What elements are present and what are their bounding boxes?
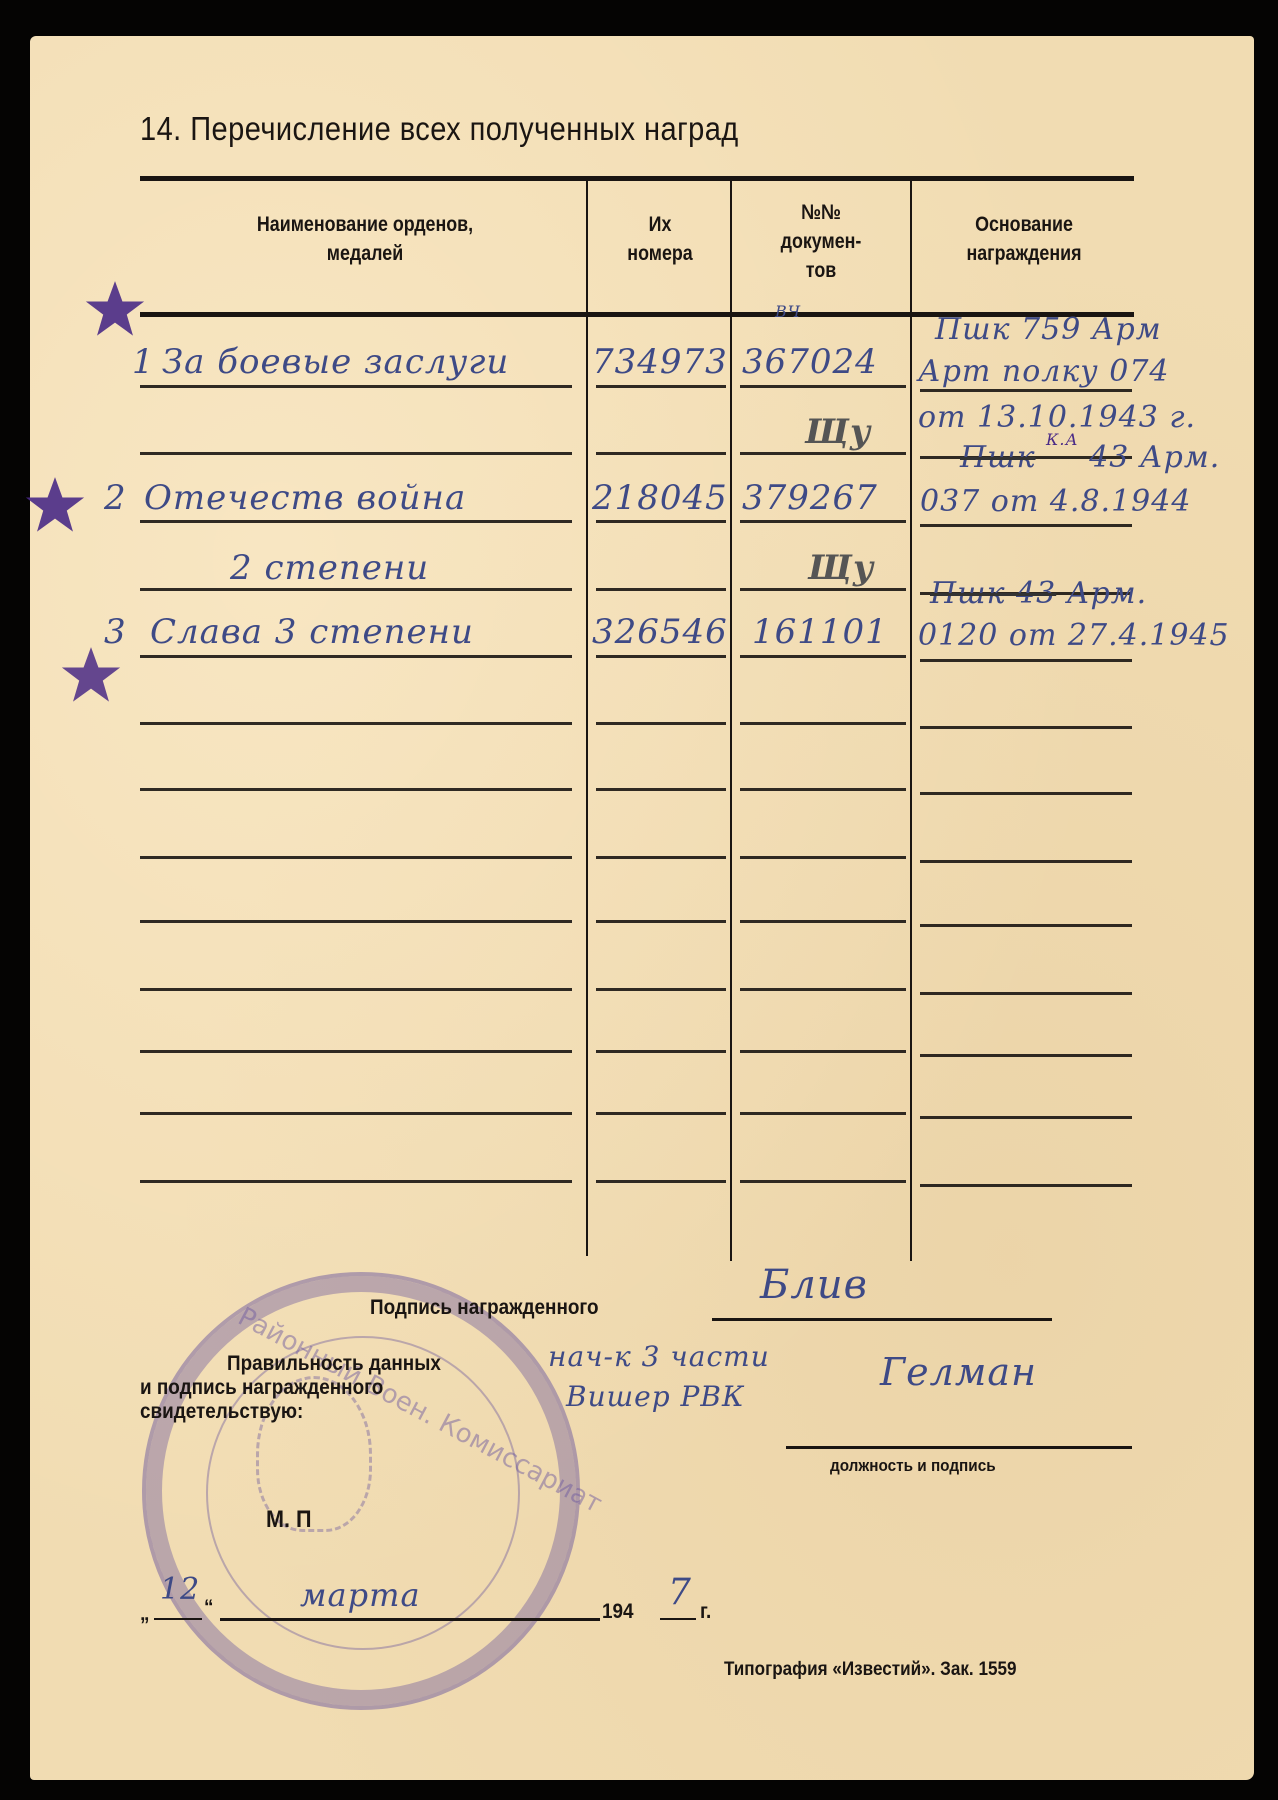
table-row-line [596,1050,726,1053]
star-stamp-icon [84,278,146,340]
row-2-award-name: Отечеств война [144,478,466,518]
table-row-line [140,452,572,455]
table-row-line [596,988,726,991]
table-row-line [920,1184,1132,1187]
official-seal [142,1272,580,1710]
row-2-basis-correction: К.А [1046,430,1079,449]
row-2-award-number: 218045 [592,478,728,518]
date-year-prefix: 194 [602,1600,634,1624]
table-row-line [920,1116,1132,1119]
column-divider-2 [730,181,732,1261]
table-row-line [740,655,906,658]
row-2-basis-line1: Пшк К.А 43 Арм. [960,440,1220,475]
table-row-line [740,1112,906,1115]
table-row-line [740,385,906,388]
table-row-line [920,992,1132,995]
row-2-doc-mark: Щу [808,548,874,588]
table-row-line [920,726,1132,729]
table-row-line [920,924,1132,927]
table-row-line [140,385,572,388]
table-row-line [140,1050,572,1053]
seal-placeholder-label: М. П [266,1508,312,1532]
table-row-line [596,722,726,725]
table-row-line [920,860,1132,863]
row-1-doc-number: 367024 [742,342,878,382]
table-row-line [596,1112,726,1115]
date-year-end: г. [700,1600,711,1624]
date-quote-close: “ [204,1596,213,1620]
certify-label-line2: и подпись награжденного [140,1376,383,1400]
table-top-rule [140,176,1134,181]
date-month: марта [300,1576,421,1614]
row-2-basis-line2: 037 от 4.8.1944 [920,484,1191,519]
table-row-line [740,1050,906,1053]
table-row-line [596,385,726,388]
table-row-line [920,524,1132,527]
table-row-line [740,856,906,859]
date-year-suffix: 7 [668,1572,692,1613]
star-stamp-icon [24,474,86,536]
table-row-line [140,788,572,791]
table-row-line [140,655,572,658]
table-row-line [740,588,906,591]
row-2-award-name-line2: 2 степени [230,548,429,588]
position-signature-label: должность и подпись [830,1454,996,1478]
table-row-line [740,722,906,725]
row-2-index: 2 [104,478,127,518]
table-row-line [920,389,1132,392]
date-year-line [660,1618,696,1620]
column-header-basis: Основание награждения [929,210,1119,268]
column-divider-1 [586,181,588,1256]
row-3-award-name: Слава 3 степени [150,612,474,652]
table-row-line [740,788,906,791]
table-row-line [596,452,726,455]
recipient-signature-label: Подпись награжденного [370,1296,599,1320]
table-row-line [740,920,906,923]
official-title-line1: нач-к 3 части [548,1340,770,1373]
table-row-line [140,520,572,523]
row-1-basis-line1: Пшк 759 Арм [935,312,1162,347]
date-day-line [154,1618,202,1620]
certify-label-line3: свидетельствую: [140,1400,303,1424]
recipient-signature: Блив [760,1262,868,1308]
date-day: 12 [160,1572,200,1607]
row-1-award-name: За боевые заслуги [162,342,509,382]
table-row-line [740,452,906,455]
star-stamp-icon [60,644,122,706]
table-row-line [596,1180,726,1183]
row-3-basis-line2: 0120 от 27.4.1945 [918,618,1230,653]
row-2-doc-number: 379267 [742,478,878,518]
row-1-index: 1 [132,342,155,382]
table-row-line [740,988,906,991]
row-3-basis-struck: Пшк 43 [930,576,1056,611]
table-row-line [140,988,572,991]
row-3-doc-number: 161101 [752,612,888,652]
row-2-basis-struck: Пшк [960,440,1036,475]
column-divider-3 [910,181,912,1261]
position-signature-line [786,1446,1132,1449]
table-row-line [920,1054,1132,1057]
row-1-doc-note: ВЧ [775,302,801,321]
table-row-line [920,792,1132,795]
column-header-award-name: Наименование орденов, медалей [182,210,548,268]
column-header-document-number: №№ докумен- тов [745,198,896,285]
table-row-line [140,856,572,859]
date-quote-open: „ [140,1602,149,1626]
column-header-award-number: Их номера [601,210,720,268]
table-row-line [596,920,726,923]
table-row-line [140,1112,572,1115]
row-3-basis-rest: Арм. [1067,576,1147,611]
table-row-line [140,920,572,923]
table-row-line [140,588,572,591]
table-row-line [596,520,726,523]
table-row-line [596,788,726,791]
table-row-line [740,520,906,523]
table-row-line [920,659,1132,662]
table-row-line [140,722,572,725]
table-row-line [596,588,726,591]
row-3-basis-line1: Пшк 43 Арм. [930,576,1147,611]
row-1-doc-mark: Щу [805,412,871,452]
official-title-line2: Вишер РВК [566,1380,745,1413]
row-2-basis-rest: 43 Арм. [1089,440,1220,475]
table-row-line [740,1180,906,1183]
row-3-index: 3 [104,612,127,652]
table-row-line [140,1180,572,1183]
row-1-award-number: 734973 [592,342,728,382]
table-row-line [596,856,726,859]
certify-label-line1: Правильность данных [227,1352,441,1376]
recipient-signature-line [712,1318,1052,1321]
official-signature: Гелман [880,1350,1037,1394]
row-3-award-number: 326546 [592,612,728,652]
section-title: 14. Перечисление всех полученных наград [140,110,739,148]
printer-imprint: Типография «Известий». Зак. 1559 [724,1658,1016,1682]
row-1-basis-line2: Арт полку 074 [918,354,1170,389]
date-month-line [220,1618,600,1621]
table-row-line [596,655,726,658]
